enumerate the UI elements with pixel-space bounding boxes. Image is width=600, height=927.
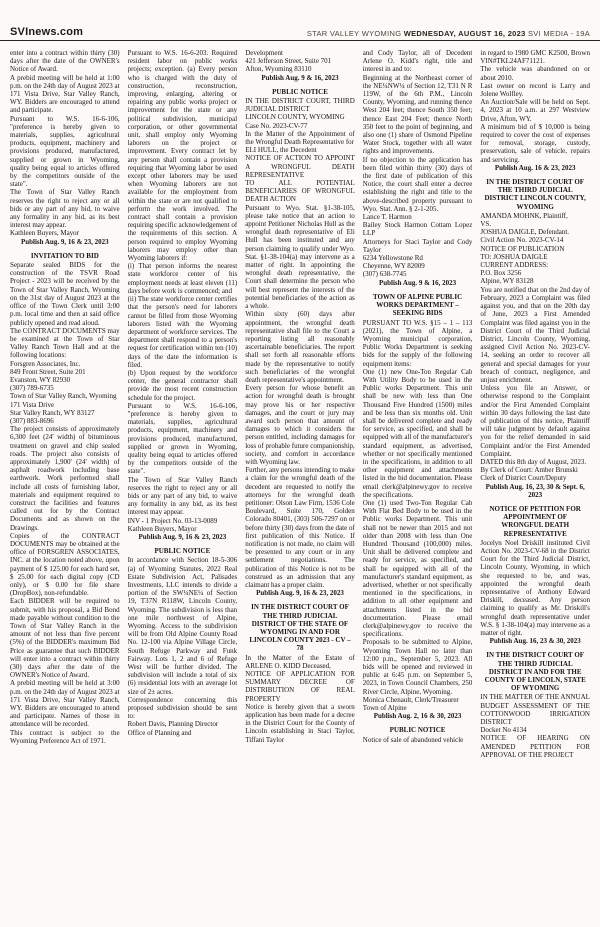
publish-line: Publish Aug. 9 & 16, 2023: [245, 74, 355, 82]
notice-paragraph: Each BIDDER will be required to submit, …: [10, 597, 120, 679]
notice-paragraph: Pursuant to W.S. 16-6-203. Required resi…: [128, 49, 238, 262]
notice-paragraph: Civil Action No. 2023-CV-14: [480, 236, 590, 244]
notice-paragraph: If no objection to the application has b…: [363, 156, 473, 213]
notice-paragraph: Further, any persons intending to make a…: [245, 466, 355, 589]
notice-paragraph: IN THE DISTRICT COURT, THIRD JUDICIAL DI…: [245, 97, 355, 113]
notice-paragraph: in regard to 1980 GMC K2500, Brown VIN#T…: [480, 49, 590, 65]
publish-line: Publish Aug. 16 & 23, 2023: [480, 164, 590, 172]
publish-line: Publish Aug. 9 & 16, 2023: [363, 279, 473, 287]
notice-paragraph: An Auction/Sale will be held on Sept. 4,…: [480, 98, 590, 123]
notice-paragraph: In the Matter of the Estate of ARLENE O.…: [245, 654, 355, 670]
notice-heading: INVITATION TO BID: [14, 252, 116, 260]
notice-paragraph: Bailey Stock Harmon Cottam Lopez LLP: [363, 221, 473, 237]
news-column-4: and Cody Taylor, all of Decedent Arlene …: [363, 49, 473, 927]
site-logo: SVInews.com: [10, 26, 83, 38]
notice-paragraph: A prebid meeting will be held at 1:00 p.…: [10, 74, 120, 115]
notice-paragraph: Pursuant to W.S. 16-6-106, "preference i…: [10, 115, 120, 189]
masthead: SVInews.com STAR VALLEY WYOMING WEDNESDA…: [0, 0, 600, 41]
notice-paragraph: Kathleen Buyers, Mayor: [10, 229, 120, 237]
notice-paragraph: 421 Jefferson Street, Suite 701: [245, 57, 355, 65]
notice-paragraph: In the Matter of the Appointment of the …: [245, 130, 355, 146]
publish-line: Publish Aug. 9, 16 & 23, 2023: [10, 238, 120, 246]
notice-paragraph: This contract is subject to the Wyoming …: [10, 729, 120, 745]
notice-heading: PUBLIC NOTICE: [249, 88, 351, 96]
notice-paragraph: (i) That person informs the nearest stat…: [128, 262, 238, 295]
publish-line: Publish Aug. 9, 16 & 23, 2023: [245, 589, 355, 597]
notice-paragraph: Notice of sale of abandoned vehicle: [363, 736, 473, 744]
notice-paragraph: NOTICE OF ACTION TO APPOINT A WRONGFUL D…: [245, 154, 355, 179]
notice-paragraph: TO: JOSHUA DAIGLE: [480, 253, 590, 261]
notice-paragraph: PURSUANT TO W.S. §15 – 1 – 113 (2021), t…: [363, 319, 473, 368]
notice-paragraph: Correspondence concerning this proposed …: [128, 696, 238, 721]
notice-paragraph: and Cody Taylor, all of Decedent Arlene …: [363, 49, 473, 74]
notice-heading: IN THE DISTRICT COURT OF THE THIRD JUDIC…: [249, 603, 351, 652]
notice-paragraph: AMANDA MOHNK, Plaintiff,: [480, 212, 590, 220]
notice-paragraph: Lance T. Harmon: [363, 213, 473, 221]
notice-paragraph: Town of Alpine: [363, 704, 473, 712]
publish-line: Publish Aug. 16, 23 & 30, 2023: [480, 637, 590, 645]
notice-paragraph: NOTICE OF PUBLICATION: [480, 245, 590, 253]
notice-heading: PUBLIC NOTICE: [132, 547, 234, 555]
publish-line: Publish Aug. 2, 16 & 30, 2023: [363, 712, 473, 720]
notice-paragraph: A minimum bid of $ 10,000 is being requi…: [480, 123, 590, 164]
notice-paragraph: Unless you file an Answer, or otherwise …: [480, 384, 590, 458]
notice-paragraph: Afton, Wyoming 83110: [245, 65, 355, 73]
notice-paragraph: Office of Planning and: [128, 729, 238, 737]
notice-paragraph: INV - 1 Project No. 03-13-0089: [128, 517, 238, 525]
notice-paragraph: Every person for whose benefit an action…: [245, 384, 355, 466]
notice-paragraph: IN THE MATTER OF THE ANNUAL BUDGET ASSES…: [480, 693, 590, 726]
notice-paragraph: (ii) The state workforce center certifie…: [128, 295, 238, 369]
notice-paragraph: A prebid meeting will be held at 3:00 p.…: [10, 679, 120, 728]
notice-paragraph: LINCOLN COUNTY, WYOMING: [245, 113, 355, 121]
notice-heading: IN THE DISTRICT COURT OF THE THIRD JUDIC…: [484, 651, 586, 692]
notice-paragraph: Evanston, WY 82930: [10, 376, 120, 384]
notice-paragraph: 849 Front Street, Suite 201: [10, 368, 120, 376]
news-column-1: enter into a contract within thirty (30)…: [10, 49, 120, 927]
masthead-dateline: STAR VALLEY WYOMING WEDNESDAY, AUGUST 16…: [307, 29, 590, 38]
notice-heading: IN THE DISTRICT COURT OF THE THIRD JUDIC…: [484, 178, 586, 211]
notice-paragraph: NOTICE OF HEARING ON AMENDED PETITION FO…: [480, 734, 590, 759]
notice-paragraph: Monica Chenault, Clerk/Treasurer: [363, 696, 473, 704]
notice-paragraph: NOTICE OF APPLICATION FOR SUMMARY DECREE…: [245, 670, 355, 703]
notice-paragraph: Last owner on record is Larry and Jolene…: [480, 82, 590, 98]
notice-paragraph: enter into a contract within thirty (30)…: [10, 49, 120, 74]
notice-paragraph: Clerk of District Court/Deputy: [480, 474, 590, 482]
notice-paragraph: (b) Upon request by the workforce center…: [128, 369, 238, 402]
dateline-date: WEDNESDAY, AUGUST 16, 2023: [404, 29, 526, 38]
notice-paragraph: By Clerk of Court: Amber Brunski: [480, 466, 590, 474]
notice-paragraph: Forsgren Associates, Inc.: [10, 360, 120, 368]
notice-paragraph: One (1) used Two-Ton Regular Cab With Fl…: [363, 499, 473, 638]
notice-paragraph: Town of Star Valley Ranch, Wyoming: [10, 392, 120, 400]
notice-paragraph: VS.: [480, 220, 590, 228]
publish-line: Publish Aug. 9, 16 & 23, 2023: [128, 533, 238, 541]
notice-paragraph: CURRENT ADDRESS:: [480, 261, 590, 269]
notice-paragraph: The CONTRACT DOCUMENTS may be examined a…: [10, 327, 120, 360]
news-column-2: Pursuant to W.S. 16-6-203. Required resi…: [128, 49, 238, 927]
notice-heading: TOWN OF ALPINE PUBLIC WORKS DEPARTMENT –…: [367, 293, 469, 318]
notice-paragraph: (307) 638-7745: [363, 270, 473, 278]
notice-paragraph: Beginning at the Northeast corner of the…: [363, 74, 473, 156]
notice-paragraph: Kathleen Buyers, Mayor: [128, 525, 238, 533]
notice-paragraph: Within sixty (60) days after appointment…: [245, 310, 355, 384]
notice-paragraph: The Town of Star Valley Ranch reserves t…: [10, 188, 120, 229]
notice-paragraph: Pursuant to Wyo. Stat. §1-38-105, please…: [245, 204, 355, 311]
notice-paragraph: One (1) new One-Ton Regular Cab With Uti…: [363, 368, 473, 499]
notice-paragraph: You are notified that on the 2nd day of …: [480, 286, 590, 384]
notice-paragraph: Attorneys for Staci Taylor and Cody Tayl…: [363, 238, 473, 254]
notice-paragraph: Development: [245, 49, 355, 57]
notice-paragraph: (307) 883-8696: [10, 417, 120, 425]
notice-paragraph: Jocelyn Noel Driskill instituted Civil A…: [480, 539, 590, 637]
notice-paragraph: Robert Davis, Planning Director: [128, 720, 238, 728]
news-column-5: in regard to 1980 GMC K2500, Brown VIN#T…: [480, 49, 590, 927]
notice-paragraph: Docket No 4134: [480, 726, 590, 734]
notice-paragraph: 6234 Yellowstone Rd: [363, 254, 473, 262]
notice-paragraph: ELI HULL, the Decedent: [245, 146, 355, 154]
dateline-page-number: SVI MEDIA - 19A: [526, 29, 590, 38]
notice-paragraph: TO ALL POTENTIAL BENEFICIARIES OF WRONGF…: [245, 179, 355, 204]
notice-paragraph: The project consists of approximately 6,…: [10, 425, 120, 532]
notice-paragraph: Cheyenne, WY 82009: [363, 262, 473, 270]
notice-paragraph: DATED this 8th day of August, 2023.: [480, 458, 590, 466]
notice-paragraph: 171 Vista Drive: [10, 401, 120, 409]
notice-paragraph: Proposals to be submitted to Alpine, Wyo…: [363, 638, 473, 695]
dateline-location: STAR VALLEY WYOMING: [307, 29, 404, 38]
legal-notices-columns: enter into a contract within thirty (30)…: [0, 41, 600, 927]
notice-paragraph: JOSHUA DAIGLE, Defendant.: [480, 228, 590, 236]
notice-paragraph: Copies of the CONTRACT DOCUMENTS may be …: [10, 532, 120, 598]
notice-paragraph: In accordance with Section 18-5-306 (a) …: [128, 556, 238, 695]
notice-paragraph: Notice is hereby given that a sworn appl…: [245, 703, 355, 744]
publish-line: Publish Aug. 16, 23, 30 & Sept. 6, 2023: [480, 483, 590, 499]
notice-paragraph: Alpine, WY 83128: [480, 277, 590, 285]
notice-heading: PUBLIC NOTICE: [367, 726, 469, 734]
notice-paragraph: The vehicle was abandoned on or about 20…: [480, 65, 590, 81]
notice-paragraph: The Town of Star Valley Ranch reserves t…: [128, 476, 238, 517]
notice-paragraph: Case No. 2023-CV-77: [245, 122, 355, 130]
notice-paragraph: (307) 789-6735: [10, 384, 120, 392]
news-column-3: Development421 Jefferson Street, Suite 7…: [245, 49, 355, 927]
notice-heading: NOTICE OF PETITION FOR APPOINTMENT OF WR…: [484, 505, 586, 538]
notice-paragraph: Pursuant to W.S. 16-6-106, "preference i…: [128, 402, 238, 476]
notice-paragraph: P.O. Box 3256: [480, 269, 590, 277]
notice-paragraph: Separate sealed BIDS for the constructio…: [10, 261, 120, 327]
notice-paragraph: Star Valley Ranch, WY 83127: [10, 409, 120, 417]
